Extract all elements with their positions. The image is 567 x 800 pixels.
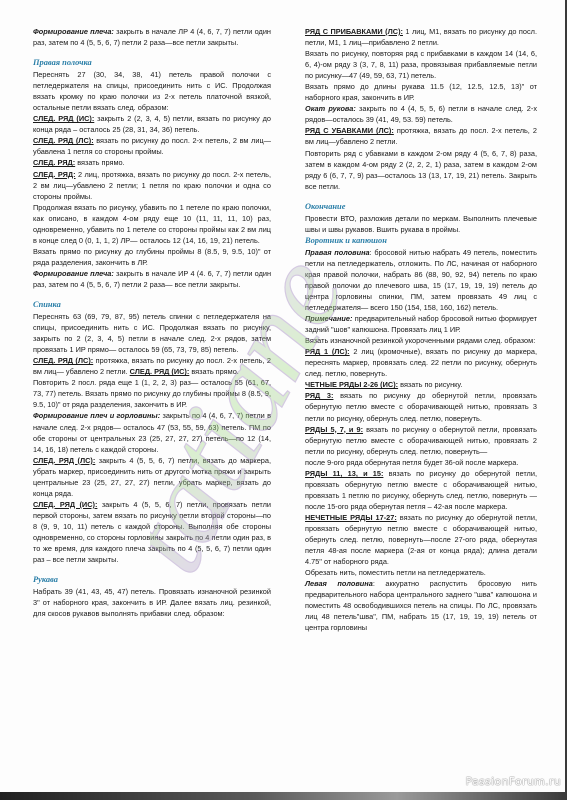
right-column: РЯД С ПРИБАВКАМИ (ЛС): 1 лиц, М1, вязать… <box>305 26 537 633</box>
document-page: Формирование плеча: закрыть в начале ЛР … <box>0 0 567 792</box>
shoulders-label: Формирование плеч и горловины: <box>33 411 160 420</box>
cap-label: Окат рукова: <box>305 104 356 113</box>
shoulder-label: Формирование плеча: <box>33 269 114 278</box>
row-label: СЛЕД. РЯД (ИС): <box>130 367 190 376</box>
sleeves-text: Набрать 39 (41, 43, 45, 47) петель. Пров… <box>33 586 271 619</box>
right-half-text: : бросовой нитью набрать 49 петель, поме… <box>305 248 537 312</box>
row-label: РЯД 1 (ЛС): <box>305 347 350 356</box>
collar-rib: Вязать изнаночной резинкой укороченными … <box>305 335 537 346</box>
back-intro: Переснять 63 (69, 79, 87, 95) петель спи… <box>33 311 271 355</box>
collar-rows-579: РЯДЫ 5, 7, и 9: вязать по рисунку о обер… <box>305 424 537 457</box>
row-label: НЕЧЕТНЫЕ РЯДЫ 17-27: <box>305 513 397 522</box>
right-front-row1: СЛЕД. РЯД (ИС): закрыть 2 (2, 3, 4, 5) п… <box>33 113 271 135</box>
back-row1: СЛЕД. РЯД (ЛС): протяжка, вязать по рису… <box>33 355 271 377</box>
paragraph-shoulder: Формирование плеча: закрыть в начале ЛР … <box>33 26 271 48</box>
row-text: вязать по рисунку. <box>398 380 462 389</box>
inc-row: РЯД С ПРИБАВКАМИ (ЛС): 1 лиц, М1, вязать… <box>305 26 537 48</box>
collar-note: Примечание: предварительный набор бросов… <box>305 313 537 335</box>
back-row4: СЛЕД. РЯД (ИС): закрыть 4 (5, 5, 6, 7) п… <box>33 499 271 565</box>
row-label: СЛЕД. РЯД (ЛС): <box>33 136 94 145</box>
right-front-intro: Переснять 27 (30, 34, 38, 41) петель пра… <box>33 69 271 113</box>
row-label: РЯДЫ 11, 13, и 15: <box>305 469 383 478</box>
row-label: СЛЕД. РЯД: <box>33 170 76 179</box>
note-label: Примечание: <box>305 314 352 323</box>
row-label: СЛЕД. РЯД (ИС): <box>33 500 97 509</box>
left-half-label: Левая половина <box>305 579 373 588</box>
dec-row: РЯД С УБАВКАМИ (ЛС): протяжка, вязать до… <box>305 125 537 147</box>
collar-even-rows: ЧЕТНЫЕ РЯДЫ 2-26 (ИС): вязать по рисунку… <box>305 379 537 390</box>
row-text: вязать по рисунку до обернутой петли, пр… <box>305 391 537 422</box>
heading-right-front: Правая полочка <box>33 57 271 69</box>
right-front-continue: Продолжая вязать по рисунку, убавить по … <box>33 202 271 246</box>
footer-band <box>0 792 567 800</box>
left-column: Формирование плеча: закрыть в начале ЛР … <box>33 26 271 619</box>
collar-cut: Обрезать нить, поместить петли на петлед… <box>305 567 537 578</box>
right-front-row2: СЛЕД. РЯД (ЛС): вязать по рисунку до пос… <box>33 135 271 157</box>
heading-finishing: Окончание <box>305 201 537 213</box>
right-front-shoulder: Формирование плеча: закрыть в начале ИР … <box>33 268 271 290</box>
row-text: вязать прямо. <box>189 367 238 376</box>
collar-row1: РЯД 1 (ЛС): 2 лиц (кромочные), вязать по… <box>305 346 537 379</box>
heading-back: Спинка <box>33 299 271 311</box>
row-label: ЧЕТНЫЕ РЯДЫ 2-26 (ИС): <box>305 380 398 389</box>
row-label: РЯД 3: <box>305 391 333 400</box>
row-label: РЯД С ПРИБАВКАМИ (ЛС): <box>305 27 403 36</box>
collar-rows-579-after: после 9-ого ряда обернутая петля будет 3… <box>305 457 537 468</box>
dec-repeat: Повторить ряд с убавками в каждом 2-ом р… <box>305 148 537 192</box>
collar-rows-111315: РЯДЫ 11, 13, и 15: вязать по рисунку до … <box>305 468 537 512</box>
collar-left: Левая половина: аккуратно распустить бро… <box>305 578 537 633</box>
row-text: закрыть 4 (5, 5, 6, 7) петли, провязать … <box>33 500 271 564</box>
back-repeat: Повторить 2 посл. ряда еще 1 (1, 2, 2, 3… <box>33 377 271 410</box>
finishing-text: Провести ВТО, разложив детали по меркам.… <box>305 213 537 235</box>
back-row3: СЛЕД. РЯД (ЛС): закрыть 4 (5, 5, 6, 7) п… <box>33 455 271 499</box>
right-half-label: Правая половина <box>305 248 370 257</box>
row-label: СЛЕД. РЯД (ИС): <box>33 114 94 123</box>
row-text: вязать прямо. <box>75 158 124 167</box>
sleeve-cap: Окат рукова: закрыть по 4 (4, 5, 5, 6) п… <box>305 103 537 125</box>
site-watermark: PassionForum.ru <box>466 775 561 788</box>
collar-row3: РЯД 3: вязать по рисунку до обернутой пе… <box>305 390 537 423</box>
heading-collar: Воротник и капюшон <box>305 235 537 247</box>
heading-sleeves: Рукава <box>33 574 271 586</box>
right-front-straight: Вязать прямо по рисунку до глубины пройм… <box>33 246 271 268</box>
row-label: РЯД С УБАВКАМИ (ЛС): <box>305 126 394 135</box>
back-shoulders: Формирование плеч и горловины: закрыть п… <box>33 410 271 454</box>
collar-right: Правая половина: бросовой нитью набрать … <box>305 247 537 313</box>
shoulder-label: Формирование плеча: <box>33 27 114 36</box>
row-label: СЛЕД. РЯД (ЛС): <box>33 356 93 365</box>
collar-odd-rows: НЕЧЕТНЫЕ РЯДЫ 17-27: вязать по рисунку д… <box>305 512 537 567</box>
inc-repeat: Вязать по рисунку, повторяя ряд с прибав… <box>305 48 537 81</box>
row-label: СЛЕД. РЯД (ЛС): <box>33 456 95 465</box>
row-label: СЛЕД. РЯД: <box>33 158 75 167</box>
right-front-row3: СЛЕД. РЯД: вязать прямо. <box>33 157 271 168</box>
row-label: РЯДЫ 5, 7, и 9: <box>305 425 363 434</box>
sleeve-length: Вязать прямо до длины рукава 11.5 (12, 1… <box>305 81 537 103</box>
right-front-row4: СЛЕД. РЯД: 2 лиц, протяжка, вязать по ри… <box>33 169 271 202</box>
